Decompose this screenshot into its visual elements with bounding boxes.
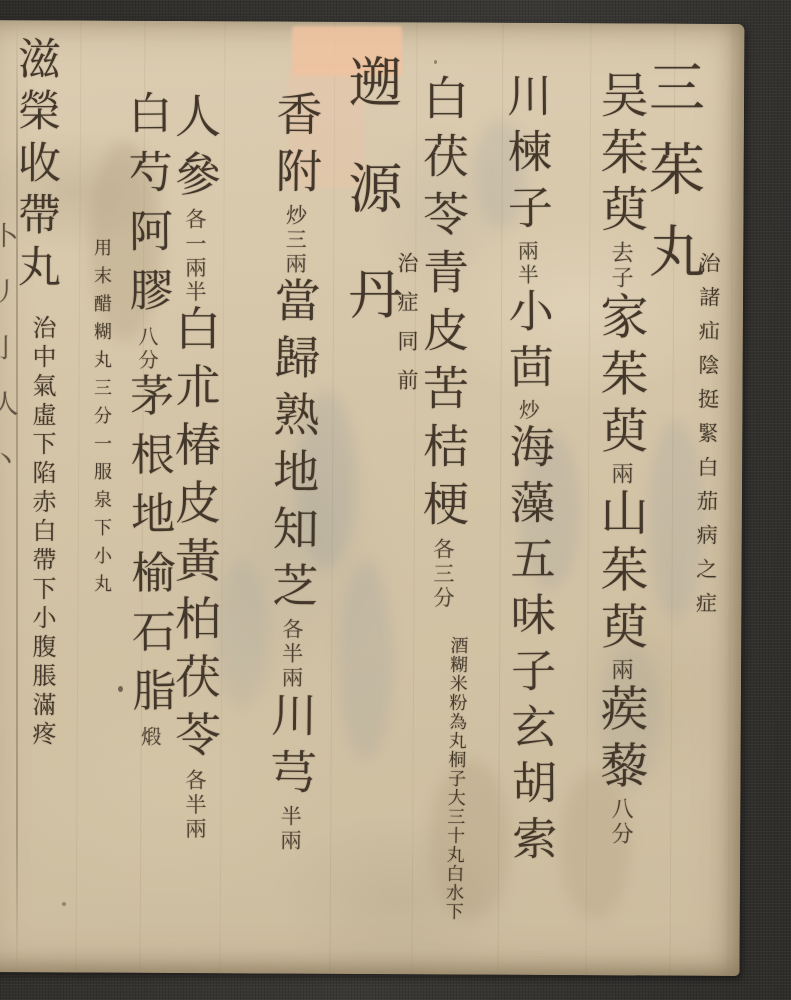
page-edge-character-fragments: 卜丿亅人丶 [0, 222, 16, 562]
recipe2-preparation-note: 用末醋糊丸三分一服泉下小丸 [92, 238, 110, 648]
herb-name: 香附 [269, 90, 324, 204]
dosage-annotation: 兩 [608, 462, 633, 487]
dosage-annotation: 炒三兩 [283, 204, 309, 277]
recipe1-indication: 治諸疝陰挺緊白茄病之症 [694, 252, 719, 662]
dosage-annotation: 半兩 [278, 805, 303, 854]
column-rule-line [76, 21, 82, 973]
recipe3-title: 滋榮收帶丸 [14, 36, 57, 316]
herb-name: 人參 [168, 92, 222, 208]
dosage-annotation: 兩半 [514, 240, 538, 288]
herb-name: 白茯苓 [416, 74, 470, 248]
recipe1-preparation-note: 酒糊米粉為丸桐子大三十丸白水下 [443, 636, 466, 928]
bleedthrough-smudge [338, 560, 393, 760]
herb-name: 阿膠 [121, 208, 173, 326]
recipe2-herb-column-3: 白芍阿膠八分茅根地榆石脂煅 [123, 90, 173, 905]
herb-name: 白朮 [168, 305, 222, 421]
recipe2-title: 遡源丹 [344, 54, 398, 394]
recipe2-herb-column-1: 香附炒三兩當歸熟地知芝各半兩川芎半兩 [266, 90, 319, 920]
scanned-manuscript-page: 三茱丸 治諸疝陰挺緊白茄病之症 吴茱萸去子家茱萸兩山茱萸兩蒺藜八分 川楝子兩半小… [0, 0, 791, 1000]
dosage-annotation: 兩 [608, 658, 633, 683]
herb-name: 丿 [0, 278, 18, 334]
herb-name: 知芝 [265, 504, 320, 618]
herb-name: 黃柏 [168, 537, 222, 653]
herb-name: 白芍 [120, 90, 172, 208]
recipe1-herb-column-2: 川楝子兩半小茴炒海藻五味子玄胡索 [503, 72, 554, 932]
herb-name: 海藻 [501, 423, 555, 535]
herb-name: 熟地 [266, 390, 321, 504]
dosage-annotation: 煅 [138, 726, 162, 749]
herb-name: 家茱萸 [592, 291, 648, 462]
herb-name: 當歸 [267, 276, 322, 390]
herb-name: 茯苓 [168, 653, 222, 769]
recipe1-herb-column-3: 白茯苓青皮苦桔梗各三分 [420, 74, 466, 674]
bleedthrough-smudge [214, 560, 269, 710]
dosage-annotation: 八分 [608, 797, 633, 847]
recipe2-indication: 治症同前 [396, 252, 417, 432]
recipe1-herb-column-1: 吴茱萸去子家茱萸兩山茱萸兩蒺藜八分 [596, 70, 644, 950]
herb-name: 川芎 [263, 691, 318, 805]
dosage-annotation: 炒 [515, 399, 539, 423]
recipe2-herb-column-2: 人參各一兩半白朮椿皮黃柏茯苓各半兩 [172, 92, 218, 892]
dosage-annotation: 各三分 [431, 538, 456, 610]
herb-name: 茅根 [122, 372, 174, 490]
herb-name: 人 [0, 390, 18, 446]
dosage-annotation: 各半兩 [183, 769, 208, 841]
herb-name: 蒺藜 [592, 683, 648, 797]
ink-speck [62, 902, 66, 906]
dosage-annotation: 各半兩 [279, 618, 305, 691]
dosage-annotation: 各一兩半 [183, 208, 208, 305]
herb-name: 玄胡索 [503, 703, 557, 871]
column-rule-line [728, 24, 734, 976]
herb-name: 丶 [0, 446, 18, 502]
herb-name: 川楝子 [499, 72, 553, 240]
herb-name: 石脂 [124, 608, 176, 726]
herb-name: 吴茱萸 [592, 70, 648, 241]
dosage-annotation: 八分 [135, 326, 159, 373]
recipe3-indication: 治中氣虛下陷赤白帶下小腹脹滿疼 [30, 315, 54, 780]
herb-name: 卜 [0, 222, 18, 278]
ink-speck [434, 60, 437, 64]
herb-name: 苦桔梗 [416, 364, 470, 538]
dosage-annotation: 去子 [608, 241, 633, 291]
herb-name: 小茴 [501, 287, 555, 399]
recipe1-title: 三茱丸 [644, 58, 700, 328]
herb-name: 椿皮 [168, 421, 222, 537]
herb-name: 地榆 [123, 490, 175, 608]
herb-name: 亅 [0, 334, 18, 390]
herb-name: 山茱萸 [592, 487, 648, 658]
herb-name: 青皮 [416, 248, 470, 364]
herb-name: 五味子 [502, 535, 556, 703]
ink-speck [118, 686, 123, 692]
